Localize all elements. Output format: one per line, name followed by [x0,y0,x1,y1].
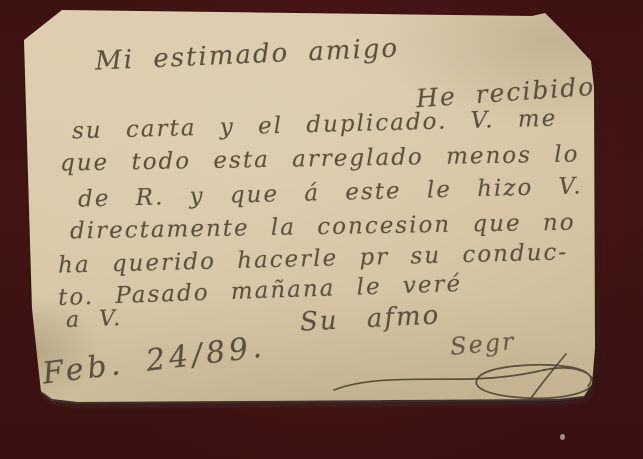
dust-speck [560,434,565,440]
letter-line: directamente la concesion que no [70,212,576,244]
letter-line: a V. [66,308,123,332]
letter-line: de R. y que á este le hizo V. [78,175,583,211]
postcard-paper: Mi estimado amigo He recibido su carta y… [18,8,598,406]
postcard: Mi estimado amigo He recibido su carta y… [18,8,598,406]
letter-line: su carta y el duplicado. V. me [72,108,558,144]
salutation: Mi estimado amigo [95,35,400,74]
photo-background: Mi estimado amigo He recibido su carta y… [0,0,643,459]
signature-flourish [330,350,602,406]
opening-line: He recibido [415,74,596,111]
date-line: Feb. 24/89. [41,332,267,389]
letter-line: ha querido hacerle pr su conduc- [58,241,569,277]
closing: Su afmo [299,302,440,335]
letter-line: que todo esta arreglado menos lo [60,143,580,175]
